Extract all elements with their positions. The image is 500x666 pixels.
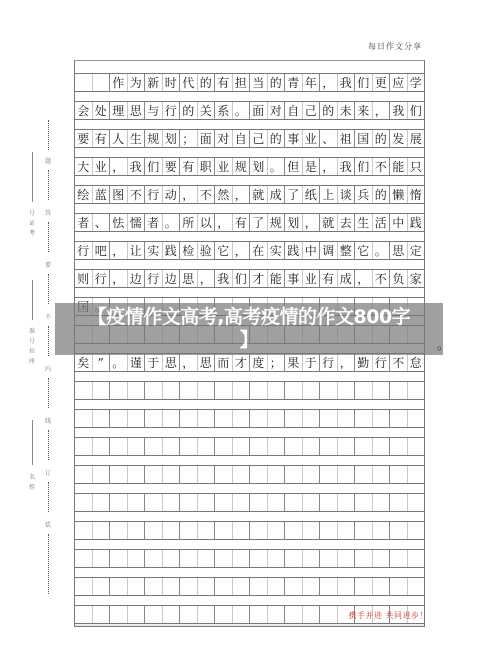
grid-cell: 但 (284, 158, 302, 175)
grid-cell (232, 550, 250, 567)
grid-cell: 于 (302, 354, 320, 371)
grid-cell (389, 438, 407, 455)
grid-cell (302, 494, 320, 511)
grid-cell (197, 410, 215, 427)
grid-cell (144, 438, 162, 455)
grid-cell: 有 (92, 130, 110, 147)
grid-cell: 当 (249, 74, 267, 91)
grid-cell: 行 (144, 270, 162, 287)
grid-cell (284, 550, 302, 567)
grid-cell (302, 438, 320, 455)
grid-cell: 有 (319, 270, 337, 287)
grid-cell: 能 (389, 158, 407, 175)
grid-cell (162, 522, 180, 539)
grid-cell: 整 (337, 242, 355, 259)
grid-cell: 面 (249, 102, 267, 119)
grid-cell (249, 382, 267, 399)
row-gap (75, 147, 424, 157)
grid-cell (372, 438, 390, 455)
grid-cell: 惰 (407, 186, 425, 203)
grid-cell: ， (109, 242, 127, 259)
grid-cell (109, 522, 127, 539)
grid-cell: 不 (372, 270, 390, 287)
grid-cell (92, 410, 110, 427)
grid-cell: 对 (214, 130, 232, 147)
grid-cell (75, 438, 92, 455)
grid-cell (302, 382, 320, 399)
grid-cell (249, 550, 267, 567)
grid-cell: ， (319, 158, 337, 175)
grid-cell (284, 494, 302, 511)
grid-cell: 践 (284, 242, 302, 259)
grid-cell (267, 410, 285, 427)
grid-cell (162, 382, 180, 399)
grid-cell (407, 410, 425, 427)
cut-line (48, 534, 49, 594)
binding-label: 装 (43, 520, 53, 529)
grid-cell: 事 (284, 270, 302, 287)
grid-cell (267, 578, 285, 595)
grid-cell (407, 382, 425, 399)
grid-cell: 中 (302, 242, 320, 259)
grid-cell (92, 578, 110, 595)
grid-cell (127, 606, 145, 623)
grid-cell: 才 (232, 354, 250, 371)
grid-cell (162, 494, 180, 511)
grid-cell: 定 (407, 242, 425, 259)
grid-cell (162, 466, 180, 483)
grid-cell (179, 494, 197, 511)
footer-note: 携手并进 共同进步！ (340, 610, 428, 621)
grid-cell (179, 438, 197, 455)
grid-cell (302, 466, 320, 483)
grid-cell: 职 (197, 158, 215, 175)
grid-cell: 业 (302, 270, 320, 287)
grid-cell: 怯 (109, 214, 127, 231)
grid-row: 作为新时代的有担当的青年，我们更应学 (75, 73, 424, 91)
grid-cell (319, 606, 337, 623)
grid-cell: 规 (144, 130, 162, 147)
grid-cell (214, 522, 232, 539)
row-gap (75, 119, 424, 129)
grid-cell: 自 (284, 102, 302, 119)
grid-cell: 则 (75, 270, 92, 287)
grid-cell (389, 382, 407, 399)
row-gap (75, 483, 424, 493)
grid-cell (197, 606, 215, 623)
grid-cell: 绘 (75, 186, 92, 203)
field-label: 证 (27, 218, 37, 227)
grid-cell (407, 578, 425, 595)
grid-cell (389, 494, 407, 511)
grid-cell (127, 382, 145, 399)
grid-cell (162, 550, 180, 567)
grid-cell (197, 522, 215, 539)
grid-cell (284, 438, 302, 455)
grid-cell: 划 (284, 214, 302, 231)
grid-cell: 业 (302, 130, 320, 147)
grid-cell (319, 578, 337, 595)
overflow-punctuation: 。 (437, 336, 449, 353)
grid-cell (214, 382, 232, 399)
grid-cell: 关 (197, 102, 215, 119)
grid-cell: 生 (354, 214, 372, 231)
grid-cell: 兵 (354, 186, 372, 203)
grid-cell (92, 494, 110, 511)
binding-label: 答 (43, 208, 53, 217)
grid-cell: 就 (319, 214, 337, 231)
grid-cell (284, 606, 302, 623)
grid-cell: 、 (92, 214, 110, 231)
grid-cell: 与 (144, 102, 162, 119)
row-gap (75, 259, 424, 269)
cut-line (48, 170, 49, 200)
grid-cell: ， (109, 270, 127, 287)
grid-cell (267, 550, 285, 567)
grid-cell (267, 466, 285, 483)
grid-cell (75, 466, 92, 483)
grid-cell (92, 382, 110, 399)
grid-cell (372, 410, 390, 427)
grid-cell (92, 606, 110, 623)
grid-cell: 担 (232, 74, 250, 91)
grid-cell (249, 522, 267, 539)
grid-cell (354, 522, 372, 539)
grid-cell (109, 606, 127, 623)
grid-cell: 应 (389, 74, 407, 91)
grid-cell (407, 522, 425, 539)
grid-cell: ； (179, 130, 197, 147)
grid-cell: 动 (162, 186, 180, 203)
grid-cell: 然 (214, 186, 232, 203)
grid-cell (75, 74, 92, 91)
grid-row: 矣”。谨于思，思而才度；果于行，勤行不怠 (75, 353, 424, 371)
grid-cell: 作 (109, 74, 127, 91)
grid-cell (389, 466, 407, 483)
grid-cell (319, 438, 337, 455)
binding-margin: 题 答 要 不 内 线 订 装 号 证 考 准 号 位 座 名 姓 (0, 120, 70, 600)
grid-cell: 了 (284, 186, 302, 203)
row-gap (75, 539, 424, 549)
grid-cell (284, 466, 302, 483)
grid-cell (179, 550, 197, 567)
grid-cell (144, 522, 162, 539)
cut-line (48, 482, 49, 512)
field-label: 姓 (27, 482, 37, 491)
grid-cell: 的 (197, 74, 215, 91)
grid-cell: 让 (127, 242, 145, 259)
grid-cell: 规 (232, 158, 250, 175)
grid-cell (267, 438, 285, 455)
grid-cell: 实 (267, 242, 285, 259)
grid-cell: 懦 (127, 214, 145, 231)
grid-cell (249, 578, 267, 595)
grid-cell: 新 (144, 74, 162, 91)
grid-cell (214, 410, 232, 427)
grid-cell: 行 (372, 354, 390, 371)
grid-cell: 吧 (92, 242, 110, 259)
grid-cell: 思 (197, 354, 215, 371)
grid-cell: 践 (162, 242, 180, 259)
grid-cell: 的 (267, 74, 285, 91)
grid-cell: ， (179, 354, 197, 371)
grid-cell: 祖 (337, 130, 355, 147)
grid-cell: 践 (407, 214, 425, 231)
row-gap (75, 567, 424, 577)
grid-cell: 规 (267, 214, 285, 231)
grid-cell: 于 (144, 354, 162, 371)
grid-cell: 要 (162, 158, 180, 175)
grid-cell (302, 410, 320, 427)
grid-row: 大业，我们要有职业规划。但是，我们不能只 (75, 157, 424, 175)
grid-cell: 们 (144, 158, 162, 175)
row-gap (75, 427, 424, 437)
header-note: 每日作文分享 (365, 41, 422, 52)
grid-cell: 者 (75, 214, 92, 231)
grid-cell: 们 (354, 74, 372, 91)
grid-cell (109, 578, 127, 595)
title-banner: 【疫情作文高考,高考疫情的作文800字 】 (55, 303, 443, 355)
grid-cell (337, 578, 355, 595)
row-gap (75, 231, 424, 241)
grid-cell (232, 522, 250, 539)
grid-cell (337, 410, 355, 427)
grid-cell (319, 522, 337, 539)
grid-cell: 是 (302, 158, 320, 175)
grid-cell (197, 466, 215, 483)
grid-row (75, 577, 424, 595)
grid-cell (232, 438, 250, 455)
grid-cell (92, 74, 110, 91)
grid-cell (389, 410, 407, 427)
grid-cell: 家 (407, 270, 425, 287)
grid-cell (214, 550, 232, 567)
grid-cell: 理 (109, 102, 127, 119)
grid-cell (354, 438, 372, 455)
grid-cell (214, 606, 232, 623)
grid-cell (354, 382, 372, 399)
grid-cell (354, 466, 372, 483)
grid-cell: ， (232, 242, 250, 259)
grid-cell (389, 578, 407, 595)
field-label: 位 (27, 346, 37, 355)
grid-cell: 不 (372, 158, 390, 175)
grid-cell (389, 550, 407, 567)
grid-cell (92, 466, 110, 483)
grid-cell (319, 466, 337, 483)
row-gap (75, 91, 424, 101)
binding-label: 不 (43, 312, 53, 321)
grid-cell: 去 (337, 214, 355, 231)
cut-line (48, 326, 49, 356)
grid-row (75, 493, 424, 511)
grid-row: 绘蓝图不行动，不然，就成了纸上谈兵的懒惰 (75, 185, 424, 203)
field-label: 名 (27, 472, 37, 481)
grid-cell (372, 494, 390, 511)
grid-cell (179, 578, 197, 595)
grid-cell (92, 550, 110, 567)
grid-cell: 它 (354, 242, 372, 259)
grid-cell (92, 438, 110, 455)
grid-cell (232, 494, 250, 511)
row-gap (75, 511, 424, 521)
field-label: 考 (27, 228, 37, 237)
grid-cell: 对 (267, 102, 285, 119)
grid-cell: 有 (232, 214, 250, 231)
grid-cell (284, 410, 302, 427)
grid-cell: 己 (302, 102, 320, 119)
fill-line (32, 280, 33, 320)
grid-cell (179, 522, 197, 539)
grid-cell (267, 494, 285, 511)
grid-cell: ， (302, 214, 320, 231)
grid-cell (109, 466, 127, 483)
grid-cell: 代 (179, 74, 197, 91)
grid-cell: 负 (389, 270, 407, 287)
grid-cell (75, 522, 92, 539)
grid-row (75, 437, 424, 455)
grid-cell (144, 382, 162, 399)
grid-cell (372, 578, 390, 595)
grid-cell (337, 466, 355, 483)
grid-cell (127, 438, 145, 455)
grid-cell (179, 466, 197, 483)
grid-cell: 成 (337, 270, 355, 287)
grid-cell (407, 438, 425, 455)
grid-bottom-rule (74, 623, 425, 627)
grid-row (75, 409, 424, 427)
grid-cell (249, 494, 267, 511)
cut-line (48, 222, 49, 252)
banner-title-close: 】 (239, 329, 258, 351)
grid-cell: 有 (179, 158, 197, 175)
grid-cell: 谨 (127, 354, 145, 371)
grid-cell: 学 (407, 74, 425, 91)
grid-cell: 思 (389, 242, 407, 259)
grid-cell (249, 438, 267, 455)
grid-cell (197, 494, 215, 511)
grid-cell (389, 522, 407, 539)
grid-cell (144, 578, 162, 595)
binding-label: 内 (43, 364, 53, 373)
row-gap (75, 595, 424, 605)
grid-cell (407, 494, 425, 511)
grid-cell: 。 (109, 354, 127, 371)
grid-cell (127, 550, 145, 567)
grid-cell (407, 466, 425, 483)
grid-cell (232, 410, 250, 427)
grid-cell (267, 382, 285, 399)
grid-cell: ， (197, 270, 215, 287)
grid-cell (407, 550, 425, 567)
grid-cell (197, 578, 215, 595)
grid-cell: 划 (249, 158, 267, 175)
grid-cell (249, 466, 267, 483)
grid-cell: 不 (389, 354, 407, 371)
grid-cell (319, 550, 337, 567)
grid-cell (127, 410, 145, 427)
grid-cell: 成 (267, 186, 285, 203)
grid-cell: 而 (214, 354, 232, 371)
grid-cell: 蓝 (92, 186, 110, 203)
binding-label: 要 (43, 260, 53, 269)
binding-label: 订 (43, 468, 53, 477)
grid-row: 则行，边行边思，我们才能事业有成，不负家 (75, 269, 424, 287)
grid-cell: 以 (197, 214, 215, 231)
grid-cell: 己 (249, 130, 267, 147)
grid-cell: 。 (162, 214, 180, 231)
grid-cell (109, 410, 127, 427)
grid-cell: 们 (407, 102, 425, 119)
grid-cell (75, 410, 92, 427)
binding-label: 线 (43, 416, 53, 425)
grid-cell (109, 438, 127, 455)
grid-cell (92, 522, 110, 539)
grid-cell (232, 578, 250, 595)
grid-cell: 来 (354, 102, 372, 119)
grid-cell (319, 494, 337, 511)
grid-row: 行吧，让实践检验它，在实践中调整它。思定 (75, 241, 424, 259)
grid-cell: 纸 (302, 186, 320, 203)
grid-cell (354, 494, 372, 511)
grid-cell: 不 (197, 186, 215, 203)
grid-cell (249, 606, 267, 623)
grid-row (75, 521, 424, 539)
grid-cell (354, 550, 372, 567)
grid-cell (127, 522, 145, 539)
field-label: 号 (27, 208, 37, 217)
grid-cell: 处 (92, 102, 110, 119)
grid-cell (75, 550, 92, 567)
grid-cell: 。 (232, 102, 250, 119)
grid-cell (162, 606, 180, 623)
grid-cell: 划 (162, 130, 180, 147)
row-gap (75, 287, 424, 297)
grid-cell: 行 (92, 270, 110, 287)
grid-cell: ， (232, 186, 250, 203)
grid-cell: 更 (372, 74, 390, 91)
grid-cell: 面 (197, 130, 215, 147)
grid-cell: 中 (389, 214, 407, 231)
grid-cell: 有 (214, 74, 232, 91)
grid-row (75, 549, 424, 567)
grid-cell: 我 (337, 158, 355, 175)
grid-cell (162, 410, 180, 427)
grid-cell (337, 522, 355, 539)
grid-cell: 自 (232, 130, 250, 147)
row-gap (75, 203, 424, 213)
grid-cell: 的 (372, 130, 390, 147)
grid-cell (144, 494, 162, 511)
grid-cell: 。 (267, 158, 285, 175)
grid-cell (214, 494, 232, 511)
grid-cell (302, 606, 320, 623)
grid-cell (75, 606, 92, 623)
grid-cell (284, 522, 302, 539)
grid-cell: 才 (249, 270, 267, 287)
grid-cell: 我 (214, 270, 232, 287)
grid-cell (249, 410, 267, 427)
grid-cell: 度 (249, 354, 267, 371)
grid-cell: 未 (337, 102, 355, 119)
grid-cell (179, 606, 197, 623)
grid-cell (144, 410, 162, 427)
grid-cell: 年 (302, 74, 320, 91)
grid-cell: 思 (179, 270, 197, 287)
grid-cell: 验 (197, 242, 215, 259)
grid-cell: 者 (144, 214, 162, 231)
grid-cell (162, 578, 180, 595)
